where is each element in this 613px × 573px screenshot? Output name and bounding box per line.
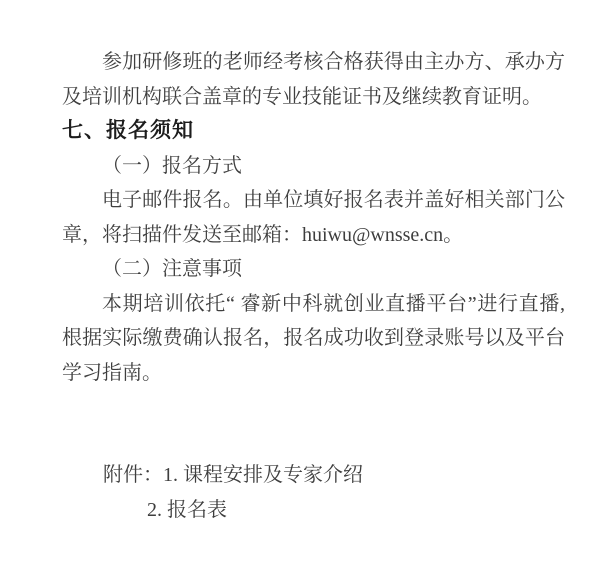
paragraph-certificate: 参加研修班的老师经考核合格获得由主办方、承办方及培训机构联合盖章的专业技能证书及… (62, 45, 565, 114)
attachment-line-2: 2. 报名表 (147, 493, 565, 528)
item2-title-notes: （二）注意事项 (62, 252, 565, 287)
attachments-block: 附件：1. 课程安排及专家介绍 2. 报名表 (62, 458, 565, 527)
attachment-line-1: 附件：1. 课程安排及专家介绍 (103, 458, 565, 493)
item1-title-registration-method: （一）报名方式 (62, 149, 565, 184)
document-page: 参加研修班的老师经考核合格获得由主办方、承办方及培训机构联合盖章的专业技能证书及… (0, 0, 613, 573)
item2-body-platform-info: 本期培训依托“ 睿新中科就创业直播平台”进行直播,根据实际缴费确认报名，报名成功… (62, 287, 565, 391)
item1-body-email-registration: 电子邮件报名。由单位填好报名表并盖好相关部门公章，将扫描件发送至邮箱：huiwu… (62, 183, 565, 252)
section-heading-registration-notice: 七、报名须知 (62, 114, 565, 149)
